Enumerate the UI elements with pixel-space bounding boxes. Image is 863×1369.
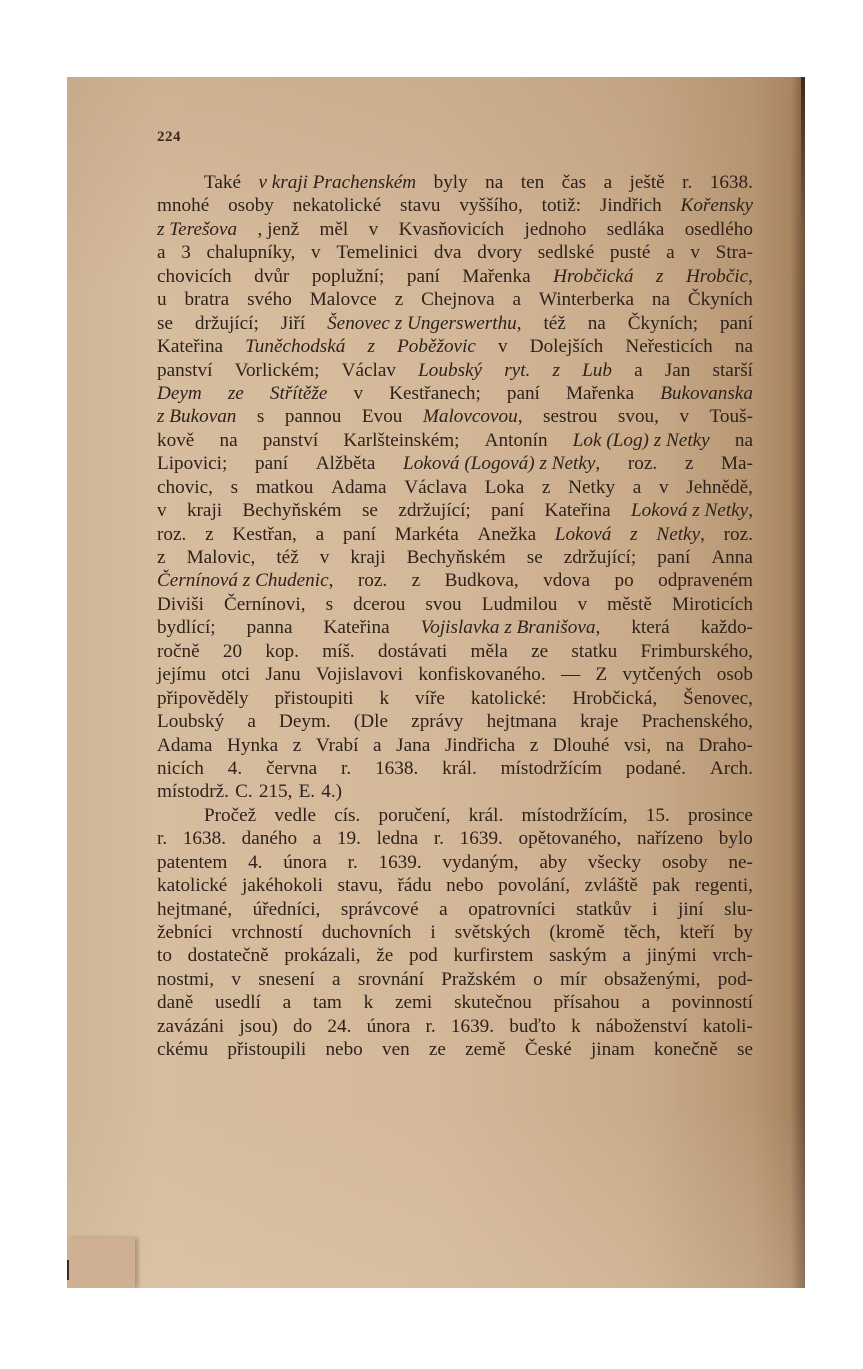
word: paní bbox=[407, 265, 440, 288]
word: buďto bbox=[509, 1015, 556, 1038]
word: Lipovici; bbox=[157, 452, 227, 475]
text-line: vkrajiBechyňskémsezdržující;paníKateřina… bbox=[157, 499, 753, 522]
word: v bbox=[311, 241, 321, 264]
word: z bbox=[157, 546, 166, 569]
italic-word: Netky, bbox=[656, 523, 704, 546]
word: na bbox=[652, 288, 670, 311]
word: Kestřan, bbox=[232, 523, 296, 546]
word: 20 bbox=[223, 640, 242, 663]
word: ještě bbox=[630, 171, 665, 194]
word: obsaženými, bbox=[604, 968, 700, 991]
word: Netky bbox=[568, 476, 615, 499]
word: Chejnova bbox=[421, 288, 495, 311]
word: míš. bbox=[322, 640, 355, 663]
word: se bbox=[527, 546, 543, 569]
italic-word: z bbox=[367, 335, 374, 358]
word: katolické: bbox=[471, 687, 547, 710]
word: zdržující; bbox=[564, 546, 636, 569]
word: po bbox=[615, 569, 634, 592]
text-line: LoubskýaDeym.(DlezprávyhejtmanakrajePrac… bbox=[157, 710, 753, 733]
word: , jenž bbox=[258, 218, 300, 241]
word: r. bbox=[434, 827, 444, 850]
word: jinými bbox=[647, 944, 697, 967]
word: u bbox=[157, 288, 167, 311]
word: na bbox=[666, 734, 684, 757]
word: a bbox=[332, 968, 341, 991]
word: sedlské bbox=[538, 241, 595, 264]
italic-word: Střítěže bbox=[270, 382, 328, 405]
page-number: 224 bbox=[157, 129, 181, 146]
word: Jiří bbox=[281, 312, 306, 335]
word: s bbox=[257, 405, 264, 428]
text-line: Pročežvedlecís.poručení,král.místodržící… bbox=[157, 804, 753, 827]
word: Václava bbox=[404, 476, 467, 499]
italic-word: z bbox=[630, 523, 637, 546]
word: Touš- bbox=[710, 405, 753, 428]
word: víře bbox=[415, 687, 445, 710]
word: čas bbox=[562, 171, 587, 194]
word: České bbox=[525, 1038, 572, 1061]
word: února bbox=[367, 1015, 411, 1038]
italic-word: z bbox=[552, 359, 559, 382]
word: se bbox=[157, 312, 173, 335]
text-line: ubratrasvéhoMalovcezChejnovaaWinterberka… bbox=[157, 288, 753, 311]
text-line: sedržující;JiříŠenovec z Ungerswerthu,té… bbox=[157, 312, 753, 335]
word: jsou) bbox=[239, 1015, 277, 1038]
word: Kvasňovicích bbox=[399, 218, 505, 241]
text-line: místodrž.C.215,E.4.) bbox=[157, 780, 753, 803]
italic-word: ryt. bbox=[504, 359, 530, 382]
word: všecky bbox=[588, 851, 641, 874]
word: řádu bbox=[397, 874, 431, 897]
text-line: Černínová z Chudenic,roz.zBudkova,vdovap… bbox=[157, 569, 753, 592]
word: února bbox=[283, 851, 327, 874]
word: městě bbox=[607, 593, 652, 616]
folded-corner bbox=[67, 1238, 135, 1288]
word: Také bbox=[204, 171, 241, 194]
word: zprávy bbox=[411, 710, 463, 733]
word: Mařenka bbox=[566, 382, 634, 405]
word: 4. bbox=[248, 851, 262, 874]
word: k bbox=[364, 991, 374, 1014]
word: paní bbox=[720, 312, 753, 335]
word: Malovce bbox=[310, 288, 377, 311]
word: Jehnědě, bbox=[686, 476, 753, 499]
word: v bbox=[679, 405, 689, 428]
word: chovicích bbox=[157, 265, 232, 288]
italic-word: Kořensky bbox=[681, 194, 753, 217]
word: osoby bbox=[228, 194, 274, 217]
word: Adama bbox=[331, 476, 386, 499]
word: Kestřanech; bbox=[389, 382, 481, 405]
word: poručení, bbox=[379, 804, 451, 827]
word: pod bbox=[409, 944, 438, 967]
text-line: ckémupřistoupilinebovenzezeměČeskéjinamk… bbox=[157, 1038, 753, 1061]
word: vrch- bbox=[712, 944, 752, 967]
italic-word: ze bbox=[228, 382, 244, 405]
word: Pročež bbox=[204, 804, 256, 827]
word: Mařenka bbox=[462, 265, 530, 288]
word: že bbox=[376, 944, 393, 967]
word: Václav bbox=[342, 359, 396, 382]
word: ledna bbox=[377, 827, 419, 850]
word: Ma- bbox=[721, 452, 753, 475]
word: kraji bbox=[350, 546, 385, 569]
word: 1638. bbox=[375, 757, 418, 780]
italic-word: Hrobčická bbox=[553, 265, 633, 288]
word: poplužní; bbox=[312, 265, 384, 288]
text-line: r.1638.danéhoa19.lednar.1639.opětovaného… bbox=[157, 827, 753, 850]
word: k bbox=[379, 687, 389, 710]
word: 3 bbox=[181, 241, 191, 264]
word: na bbox=[588, 312, 606, 335]
word: roz. bbox=[358, 569, 387, 592]
word: paní bbox=[343, 523, 376, 546]
word: Hrobčická, bbox=[572, 687, 657, 710]
word: pannou bbox=[285, 405, 342, 428]
word: kop. bbox=[265, 640, 299, 663]
word: Vojislavovi bbox=[316, 663, 403, 686]
word: Vrabí bbox=[316, 734, 359, 757]
word: paní bbox=[491, 499, 524, 522]
word: (kromě bbox=[549, 921, 604, 944]
word: prosince bbox=[688, 804, 753, 827]
word: — bbox=[561, 663, 580, 686]
word: E. bbox=[299, 780, 316, 803]
word: r. bbox=[341, 757, 351, 780]
word: Loubský bbox=[157, 710, 224, 733]
word: zavázáni bbox=[157, 1015, 224, 1038]
word: v bbox=[690, 241, 700, 264]
word: o bbox=[533, 968, 543, 991]
word: kteří bbox=[680, 921, 715, 944]
word: panství bbox=[157, 359, 212, 382]
word: zdržující; bbox=[398, 499, 470, 522]
word: místodrž. bbox=[157, 780, 229, 803]
word: nebo bbox=[446, 874, 483, 897]
text-line: připovědělypřistoupitikvířekatolické:Hro… bbox=[157, 687, 753, 710]
word: jejímu bbox=[157, 663, 206, 686]
word: Loka bbox=[485, 476, 524, 499]
word: pod- bbox=[718, 968, 753, 991]
text-line: DivišiČernínovi,sdcerousvouLudmilouvměst… bbox=[157, 593, 753, 616]
text-line: chovicíchdvůrpoplužní;paníMařenkaHrobčic… bbox=[157, 265, 753, 288]
text-line: AdamaHynkazVrabíaJanaJindřichazDlouhévsi… bbox=[157, 734, 753, 757]
word: se bbox=[737, 1038, 753, 1061]
word: skutečnou bbox=[454, 991, 532, 1014]
word: katoli- bbox=[703, 1015, 753, 1038]
text-line: ročně20kop.míš.dostávatimělazestatkuFrim… bbox=[157, 640, 753, 663]
text-line: jejímuotciJanuVojislavovikonfiskovaného.… bbox=[157, 663, 753, 686]
word: v bbox=[369, 218, 379, 241]
word: stavu bbox=[400, 194, 441, 217]
word: Pražském bbox=[441, 968, 516, 991]
word: přistoupili bbox=[227, 1038, 306, 1061]
word: Kateřina bbox=[324, 616, 390, 639]
word: roz. bbox=[724, 523, 753, 546]
italic-word: z Bukovan bbox=[157, 405, 236, 428]
word: též bbox=[543, 312, 565, 335]
word: mnohé bbox=[157, 194, 209, 217]
word: a bbox=[604, 171, 613, 194]
word: (Dle bbox=[354, 710, 388, 733]
word: v bbox=[157, 499, 167, 522]
word: totiž: bbox=[542, 194, 581, 217]
word: dostatečně bbox=[188, 944, 269, 967]
word: Anna bbox=[711, 546, 753, 569]
word: Dolejších bbox=[530, 335, 604, 358]
word: a bbox=[642, 991, 651, 1014]
word: s bbox=[231, 476, 238, 499]
word: držující; bbox=[195, 312, 259, 335]
word: chovic, bbox=[157, 476, 213, 499]
word: hejtmana bbox=[487, 710, 557, 733]
word: tam bbox=[313, 991, 342, 1014]
word: paní bbox=[507, 382, 540, 405]
word: Malovic, bbox=[187, 546, 256, 569]
word: jinam bbox=[591, 1038, 635, 1061]
word: bylo bbox=[719, 827, 753, 850]
text-line: todostatečněprokázali,žepodkurfirstemsas… bbox=[157, 944, 753, 967]
word: dostávati bbox=[378, 640, 447, 663]
word: kraje bbox=[580, 710, 618, 733]
word: bydlící; bbox=[157, 616, 216, 639]
page-body-text: Takév kraji Prachenskémbylynatenčasaješt… bbox=[157, 171, 753, 1062]
word: v bbox=[320, 546, 330, 569]
word: usedlí bbox=[215, 991, 261, 1014]
word: měl bbox=[319, 218, 348, 241]
text-line: bydlící;pannaKateřinaVojislavka z Braniš… bbox=[157, 616, 753, 639]
word: náboženství bbox=[596, 1015, 688, 1038]
word: se bbox=[362, 499, 378, 522]
italic-word: Lub bbox=[582, 359, 612, 382]
text-line: hejtmané,úředníci,správcovéaopatrovnícis… bbox=[157, 898, 753, 921]
word: konfiskovaného. bbox=[418, 663, 545, 686]
word: snesení bbox=[258, 968, 315, 991]
word: z bbox=[412, 569, 421, 592]
word: starší bbox=[712, 359, 753, 382]
italic-word: Loková (Logová) z Netky, bbox=[403, 452, 600, 475]
word: na bbox=[735, 335, 753, 358]
word: a bbox=[313, 827, 322, 850]
word: Bechyňském bbox=[407, 546, 506, 569]
word: Alžběta bbox=[316, 452, 376, 475]
text-line: kověnapanstvíKarlšteinském;AntonínLok (L… bbox=[157, 429, 753, 452]
word: ten bbox=[521, 171, 544, 194]
text-line: katolickéjakéhokolistavu,řádunebopovolán… bbox=[157, 874, 753, 897]
word: ze bbox=[531, 640, 548, 663]
word: nicích bbox=[157, 757, 204, 780]
text-line: chovic,smatkouAdamaVáclavaLokazNetkyavJe… bbox=[157, 476, 753, 499]
word: odpraveném bbox=[658, 569, 753, 592]
word: pusté bbox=[610, 241, 651, 264]
word: vytčených bbox=[623, 663, 702, 686]
word: svou bbox=[425, 593, 461, 616]
italic-word: Šenovec z Ungerswerthu, bbox=[327, 312, 522, 335]
word: žebníci bbox=[157, 921, 212, 944]
word: přistoupiti bbox=[275, 687, 354, 710]
word: 1639. bbox=[451, 1015, 494, 1038]
word: zvláště bbox=[585, 874, 638, 897]
word: Diviši bbox=[157, 593, 204, 616]
word: cís. bbox=[334, 804, 360, 827]
text-line: Takév kraji Prachenskémbylynatenčasaješt… bbox=[157, 171, 753, 194]
word: osob bbox=[717, 663, 753, 686]
word: hejtmané, bbox=[157, 898, 232, 921]
page-edge-shadow bbox=[801, 77, 805, 237]
word: též bbox=[276, 546, 298, 569]
word: kurfirstem bbox=[453, 944, 533, 967]
word: daně bbox=[157, 991, 193, 1014]
word: a bbox=[283, 991, 292, 1014]
word: z bbox=[205, 523, 214, 546]
word: by bbox=[734, 921, 753, 944]
word: 1638. bbox=[183, 827, 226, 850]
word: která bbox=[631, 616, 669, 639]
word: C. bbox=[235, 780, 253, 803]
word: na bbox=[485, 171, 503, 194]
word: statkův bbox=[576, 898, 631, 921]
word: opatrovníci bbox=[468, 898, 555, 921]
word: Vorlickém; bbox=[235, 359, 320, 382]
word: Karlšteinském; bbox=[343, 429, 459, 452]
word: vdova bbox=[543, 569, 590, 592]
word: z bbox=[395, 288, 404, 311]
word: kově bbox=[157, 429, 194, 452]
text-line: žebnícivrchnostíduchovníchisvětských(kro… bbox=[157, 921, 753, 944]
word: Jindřicha bbox=[445, 734, 515, 757]
word: Anežka bbox=[478, 523, 537, 546]
word: nostmi, bbox=[157, 968, 214, 991]
word: Kateřina bbox=[545, 499, 611, 522]
word: Jan bbox=[665, 359, 691, 382]
text-line: panstvíVorlickém;VáclavLoubskýryt.zLubaJ… bbox=[157, 359, 753, 382]
word: povinností bbox=[672, 991, 753, 1014]
word: vyššího, bbox=[459, 194, 522, 217]
text-line: Lipovici;paníAlžbětaLoková (Logová) z Ne… bbox=[157, 452, 753, 475]
word: Prachenského, bbox=[642, 710, 753, 733]
word: a bbox=[316, 523, 325, 546]
word: 19. bbox=[337, 827, 361, 850]
text-line: nostmi,vsneseníasrovnáníPražskémomírobsa… bbox=[157, 968, 753, 991]
word: světských bbox=[455, 921, 531, 944]
word: dcerou bbox=[353, 593, 405, 616]
word: v bbox=[231, 968, 241, 991]
word: 15. bbox=[646, 804, 670, 827]
text-line: roz.zKestřan,apaníMarkétaAnežkaLokovázNe… bbox=[157, 523, 753, 546]
word: Arch. bbox=[710, 757, 753, 780]
word: 4.) bbox=[321, 780, 342, 803]
word: z bbox=[293, 734, 302, 757]
word: Šenovec, bbox=[683, 687, 753, 710]
word: otci bbox=[221, 663, 250, 686]
word: Frimburského, bbox=[641, 640, 753, 663]
word: na bbox=[735, 429, 753, 452]
word: Kateřina bbox=[157, 335, 223, 358]
italic-word: Loubský bbox=[418, 359, 482, 382]
word: to bbox=[157, 944, 172, 967]
italic-word: Lok (Log) z Netky bbox=[573, 429, 710, 452]
word: jakéhokoli bbox=[242, 874, 323, 897]
word: Adama bbox=[157, 734, 212, 757]
word: 24. bbox=[327, 1015, 351, 1038]
word: 1639. bbox=[460, 827, 503, 850]
italic-word: Bukovanska bbox=[660, 382, 753, 405]
word: svého bbox=[247, 288, 292, 311]
word: k bbox=[571, 1015, 581, 1038]
word: Evou bbox=[362, 405, 403, 428]
word: a bbox=[666, 241, 675, 264]
word: ckému bbox=[157, 1038, 208, 1061]
word: osoby bbox=[662, 851, 708, 874]
italic-word: Vojislavka z Branišova, bbox=[421, 616, 601, 639]
text-line: mnohéosobynekatolickéstavuvyššího,totiž:… bbox=[157, 194, 753, 217]
text-line: zavázánijsou)do24.únorar.1639.buďtoknábo… bbox=[157, 1015, 753, 1038]
word: chalupníky, bbox=[207, 241, 296, 264]
text-line: patentem4.únorar.1639.vydaným,abyvšeckyo… bbox=[157, 851, 753, 874]
word: z bbox=[542, 476, 551, 499]
word: Z bbox=[596, 663, 608, 686]
word: osedlého bbox=[685, 218, 753, 241]
word: Čkyních bbox=[688, 288, 753, 311]
word: r. bbox=[157, 827, 167, 850]
word: do bbox=[293, 1015, 312, 1038]
word: roz. bbox=[157, 523, 186, 546]
word: paní bbox=[657, 546, 690, 569]
word: paní bbox=[255, 452, 288, 475]
text-line: z BukovanspannouEvouMalovcovou,sestrousv… bbox=[157, 405, 753, 428]
word: daného bbox=[242, 827, 297, 850]
word: a bbox=[512, 288, 521, 311]
word: duchovních bbox=[322, 921, 412, 944]
word: v bbox=[659, 476, 669, 499]
word: povolání, bbox=[498, 874, 570, 897]
word: měla bbox=[471, 640, 508, 663]
word: r. bbox=[426, 1015, 436, 1038]
word: nebo bbox=[325, 1038, 362, 1061]
word: ne- bbox=[728, 851, 753, 874]
word: patentem bbox=[157, 851, 227, 874]
italic-word: Malovcovou, bbox=[423, 405, 523, 428]
italic-word: v kraji Prachenském bbox=[258, 171, 416, 194]
word: prokázali, bbox=[284, 944, 360, 967]
word: na bbox=[219, 429, 237, 452]
word: dva bbox=[434, 241, 462, 264]
word: jiní bbox=[678, 898, 704, 921]
word: Jana bbox=[396, 734, 430, 757]
word: Čkyních; bbox=[628, 312, 698, 335]
text-line: nicích4.červnar.1638.král.místodržícímpo… bbox=[157, 757, 753, 780]
word: Černínovi, bbox=[224, 593, 306, 616]
word: katolické bbox=[157, 874, 227, 897]
word: Janu bbox=[265, 663, 300, 686]
word: těch, bbox=[624, 921, 661, 944]
word: matkou bbox=[256, 476, 314, 499]
word: zemi bbox=[395, 991, 432, 1014]
word: každo- bbox=[701, 616, 753, 639]
word: svou, bbox=[618, 405, 659, 428]
word: v bbox=[577, 593, 587, 616]
text-line: z Terešova, jenžmělvKvasňovicíchjednohos… bbox=[157, 218, 753, 241]
italic-word: Černínová z Chudenic, bbox=[157, 569, 333, 592]
word: Dlouhé bbox=[553, 734, 610, 757]
word: 4. bbox=[228, 757, 242, 780]
word: panství bbox=[263, 429, 318, 452]
word: místodržícím, bbox=[522, 804, 628, 827]
word: s bbox=[326, 593, 333, 616]
word: i bbox=[652, 898, 657, 921]
word: nařízeno bbox=[637, 827, 703, 850]
